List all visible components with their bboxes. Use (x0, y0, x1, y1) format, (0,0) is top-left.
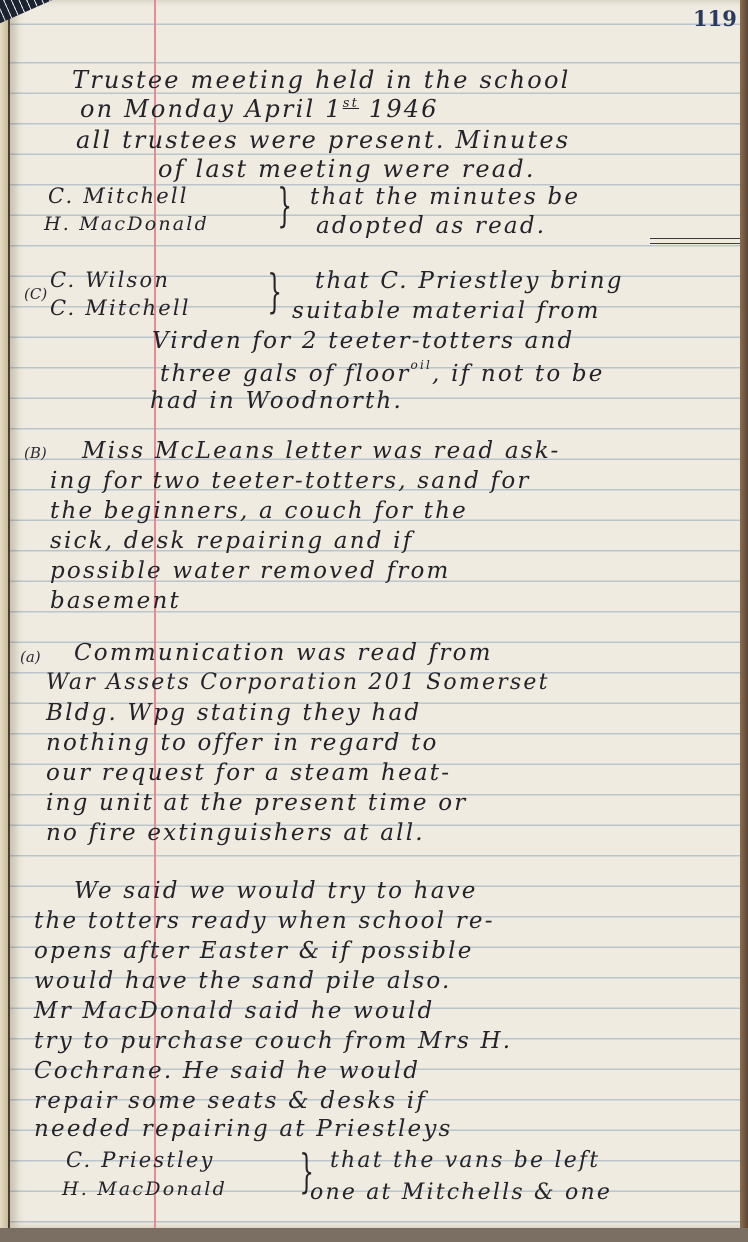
mover-c: C. Wilson (50, 268, 170, 292)
seconder-vans: H. MacDonald (62, 1178, 227, 1200)
discussion-line-4: would have the sand pile also. (34, 968, 452, 994)
item-c-line-2: suitable material from (292, 298, 601, 324)
discussion-line-6: try to purchase couch from Mrs H. (34, 1028, 512, 1054)
ruler: 15 (0, 0, 236, 24)
discussion-line-7: Cochrane. He said he would (34, 1058, 420, 1084)
motion-minutes-line-1: that the minutes be (310, 184, 580, 210)
brace-1: } (277, 182, 292, 228)
item-a-line-3: Bldg. Wpg stating they had (46, 700, 421, 726)
mover-1: C. Mitchell (48, 184, 189, 208)
motion-vans-line-1: that the vans be left (330, 1148, 600, 1173)
item-label-a: (a) (20, 648, 41, 666)
item-b-line-1: Miss McLeans letter was read ask- (82, 438, 560, 464)
book-binding (0, 0, 8, 1242)
item-b-line-4: sick, desk repairing and if (50, 528, 413, 554)
discussion-line-1: We said we would try to have (74, 878, 478, 904)
date-suffix: st (343, 96, 359, 111)
item-a-line-5: our request for a steam heat- (46, 760, 451, 786)
item-a-line-1: Communication was read from (74, 640, 493, 666)
item-label-c: (C) (24, 285, 47, 303)
item-c-line-4a: three gals of floor (160, 361, 411, 387)
discussion-line-5: Mr MacDonald said he would (34, 998, 434, 1024)
item-b-line-2: ing for two teeter-totters, sand for (50, 468, 531, 494)
opening-line-1: Trustee meeting held in the school (72, 66, 570, 94)
item-b-line-3: the beginners, a couch for the (50, 498, 468, 524)
opening-date: on Monday April 1 (80, 95, 343, 123)
table-surface (0, 1228, 748, 1242)
motion-minutes-line-2: adopted as read. (316, 213, 546, 239)
discussion-line-3: opens after Easter & if possible (34, 938, 474, 964)
item-c-line-3: Virden for 2 teeter-totters and (152, 328, 574, 354)
brace-c: } (267, 268, 282, 314)
ruler-ticks (0, 0, 236, 24)
double-underline (650, 238, 740, 244)
item-a-line-2: War Assets Corporation 201 Somerset (46, 670, 550, 695)
page-number: 119 (693, 6, 737, 31)
opening-line-3: all trustees were present. Minutes (76, 126, 570, 154)
insertion-oil: oil (411, 358, 433, 372)
item-a-line-6: ing unit at the present time or (46, 790, 467, 816)
ledger-page: 15 119 Trustee meeting held in the schoo… (8, 0, 742, 1228)
item-a-line-7: no fire extinguishers at all. (46, 820, 425, 846)
motion-vans-line-2: one at Mitchells & one (310, 1180, 612, 1205)
seconder-1: H. MacDonald (44, 213, 209, 235)
date-year: 1946 (369, 95, 439, 123)
seconder-c: C. Mitchell (50, 296, 191, 320)
discussion-line-8: repair some seats & desks if (34, 1088, 427, 1114)
discussion-line-2: the totters ready when school re- (34, 908, 495, 934)
item-b-line-6: basement (50, 588, 181, 614)
item-c-line-5: had in Woodnorth. (150, 388, 403, 414)
item-c-line-4: three gals of flooroil, if not to be (160, 358, 605, 387)
item-b-line-5: possible water removed from (50, 558, 451, 584)
discussion-line-9: needed repairing at Priestleys (34, 1116, 453, 1142)
item-c-line-1: that C. Priestley bring (315, 268, 624, 294)
page-edge (740, 0, 748, 1242)
opening-line-2: on Monday April 1st 1946 (80, 95, 439, 123)
item-a-line-4: nothing to offer in regard to (46, 730, 439, 756)
item-label-b: (B) (24, 444, 47, 462)
mover-vans: C. Priestley (66, 1148, 215, 1172)
opening-line-4: of last meeting were read. (158, 155, 536, 183)
item-c-line-4b: if not to be (451, 361, 605, 387)
